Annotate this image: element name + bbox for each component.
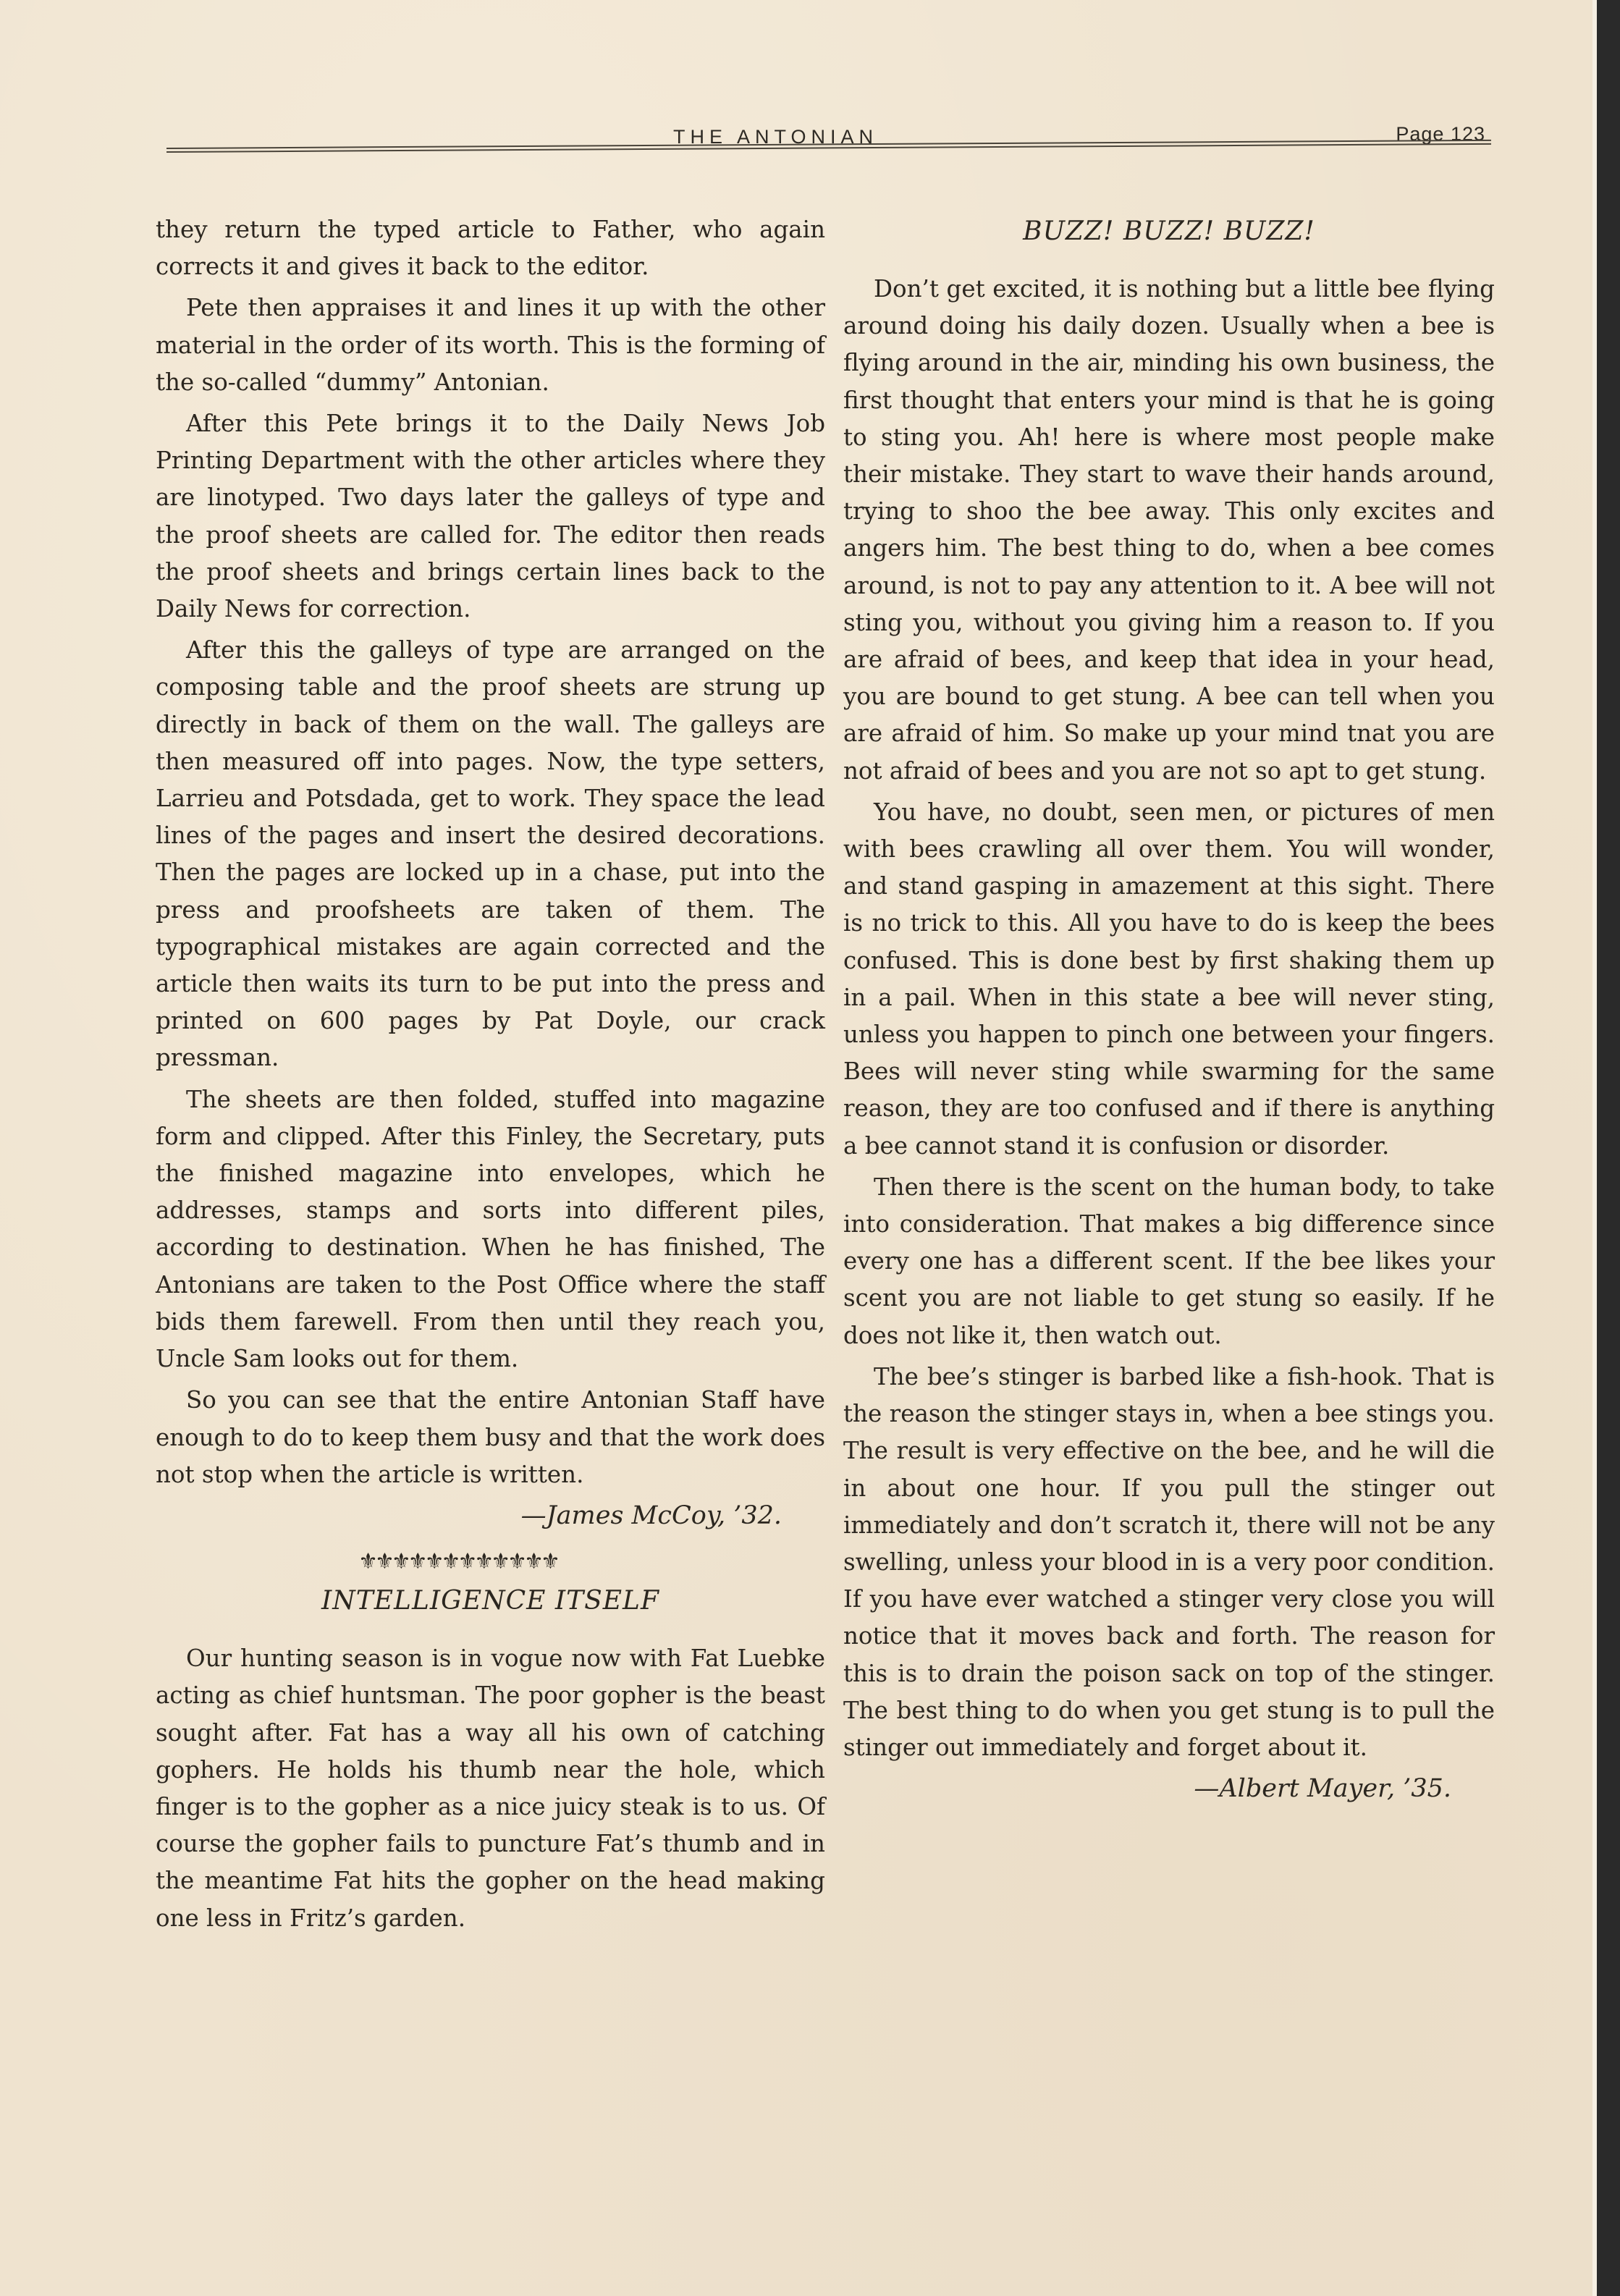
byline: —James McCoy, ’32. [156,1498,825,1535]
article-intelligence-itself: INTELLIGENCE ITSELF Our hunting season i… [156,1581,825,1937]
paragraph: You have, no doubt, seen men, or picture… [843,794,1495,1165]
article-title: BUZZ! BUZZ! BUZZ! [843,211,1495,252]
article-staff-process: they return the typed article to Father,… [156,211,825,1535]
left-column: they return the typed article to Father,… [156,211,825,1941]
paragraph: Don’t get excited, it is nothing but a l… [843,271,1495,790]
paragraph: The bee’s stinger is barbed like a fish-… [843,1359,1495,1766]
paragraph: After this the galleys of type are arran… [156,632,825,1076]
running-header: THE ANTONIAN Page 123 [166,123,1491,152]
paragraph: After this Pete brings it to the Daily N… [156,405,825,628]
paragraph: Our hunting season is in vogue now with … [156,1640,825,1937]
paragraph: The sheets are then folded, stuffed into… [156,1081,825,1378]
fleur-de-lis-ornament-divider: ⚜⚜⚜⚜⚜⚜⚜⚜⚜⚜⚜⚜ [156,1548,825,1577]
paragraph: they return the typed article to Father,… [156,211,825,285]
page-edge [1592,0,1597,2296]
paragraph: So you can see that the entire Antonian … [156,1382,825,1493]
paragraph: Pete then appraises it and lines it up w… [156,290,825,401]
article-buzz-buzz-buzz: BUZZ! BUZZ! BUZZ! Don’t get excited, it … [843,211,1495,1807]
right-column: BUZZ! BUZZ! BUZZ! Don’t get excited, it … [843,211,1495,1818]
byline: —Albert Mayer, ’35. [843,1770,1495,1807]
article-title: INTELLIGENCE ITSELF [156,1581,825,1621]
paragraph: Then there is the scent on the human bod… [843,1169,1495,1354]
